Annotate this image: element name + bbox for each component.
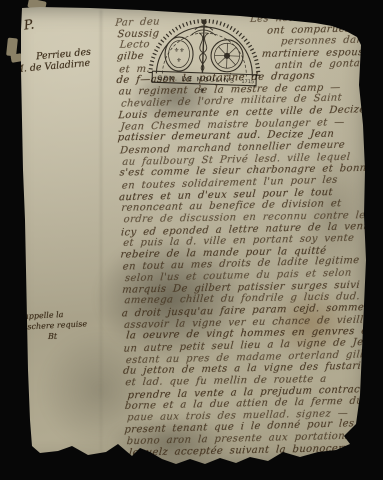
notarial-fiscal-stamp-icon: GEN. DE MOULINS 1715 ⚜ ⚜⚜ ⚜ xyxy=(145,15,266,97)
margin-annotation: Bt xyxy=(48,332,57,341)
stamp-fleur-icon: ⚜⚜ xyxy=(174,47,185,54)
scanned-document-photo: P. Perrieu des M. de Valadirne appelle l… xyxy=(0,0,383,480)
manuscript-line-left: gilbe xyxy=(116,51,144,63)
margin-annotation: laschere requise xyxy=(20,319,88,332)
margin-annotation: M. de Valadirne xyxy=(14,58,91,76)
manuscript-line-right: Les nottaires royaux xyxy=(250,11,369,26)
manuscript-page: P. Perrieu des M. de Valadirne appelle l… xyxy=(0,0,383,480)
paper-fold-line xyxy=(100,10,102,470)
stamp-date-text: 1715 xyxy=(241,79,254,85)
margin-mark: P. xyxy=(23,17,35,33)
torn-paper-tab xyxy=(10,53,22,63)
stamp-fleur-icon: ⚜ xyxy=(176,57,182,64)
margin-annotation: appelle la xyxy=(24,310,64,321)
stamp-tail-fleur-icon: ⚜ xyxy=(199,87,206,95)
